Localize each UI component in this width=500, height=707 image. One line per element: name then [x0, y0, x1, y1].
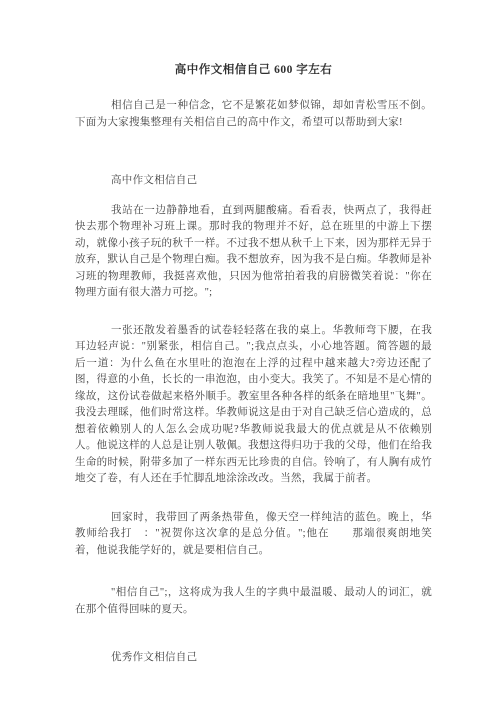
section-heading-2: 优秀作文相信自己	[75, 650, 432, 667]
essay-paragraph-3: 回家时，我带回了两条热带鱼，像天空一样纯洁的蓝色。晚上，华教师给我打 ："祝贺你…	[75, 510, 432, 560]
document-page: 高中作文相信自己 600 字左右 相信自己是一种信念，它不是繁花如梦似锦，却如青…	[0, 0, 500, 707]
intro-paragraph: 相信自己是一种信念，它不是繁花如梦似锦，却如青松雪压不倒。下面为大家搜集整理有关…	[75, 98, 432, 131]
essay-paragraph-1: 我站在一边静静地看，直到两腿酸痛。看看表，快两点了，我得赶快去那个物理补习班上课…	[75, 203, 432, 302]
section-heading-1: 高中作文相信自己	[75, 173, 432, 190]
essay-paragraph-2: 一张还散发着墨香的试卷轻轻落在我的桌上。华教师弯下腰，在我耳边轻声说："别紧张，…	[75, 323, 432, 488]
page-title: 高中作文相信自己 600 字左右	[75, 62, 432, 78]
essay-paragraph-4: "相信自己";，这将成为我人生的字典中最温暖、最动人的词汇，就在那个值得回味的夏…	[75, 585, 432, 618]
